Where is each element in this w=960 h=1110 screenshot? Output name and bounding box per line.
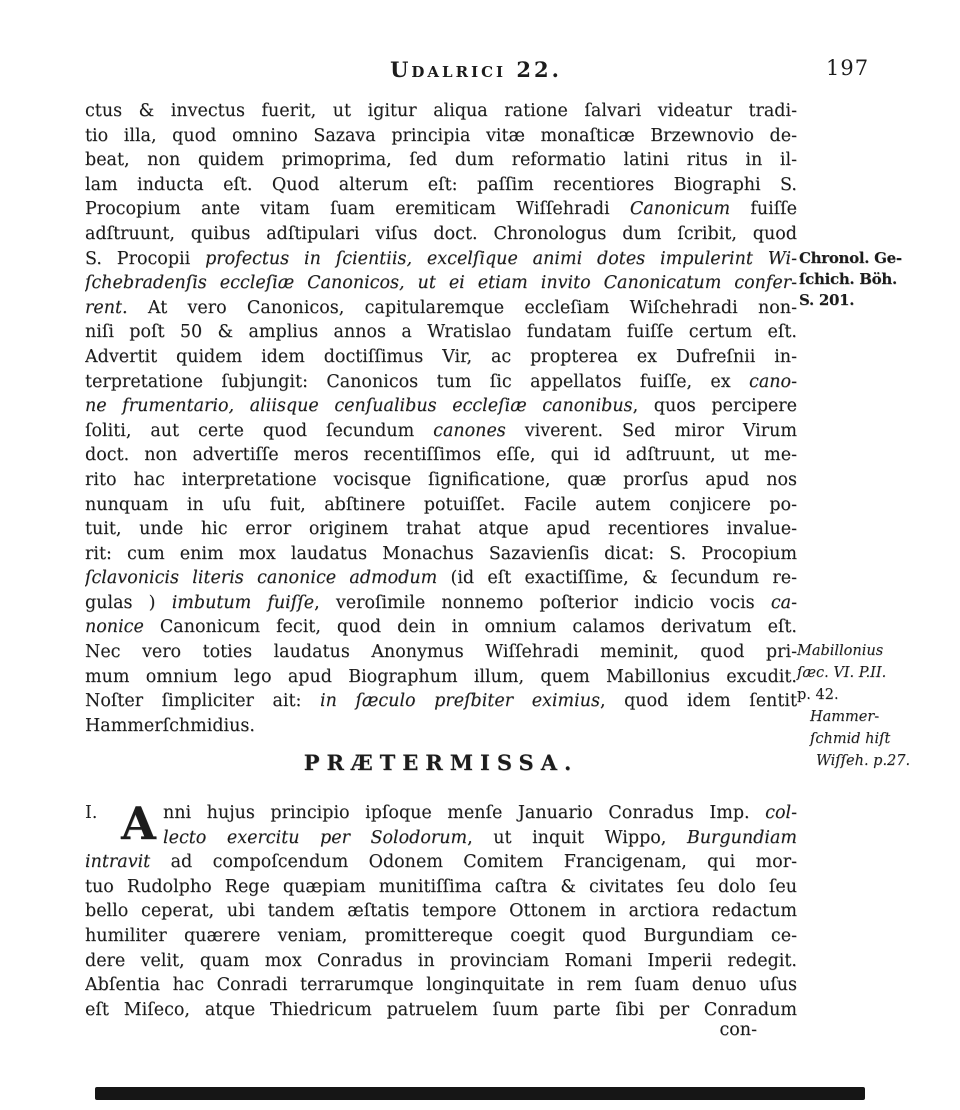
- text-line: ne frumentario, aliisque cenſualibus ecc…: [85, 394, 797, 419]
- margin-note-line: p. 42.: [797, 684, 957, 706]
- text-line: lam inducta eſt. Quod alterum eſt: paſſi…: [85, 173, 797, 198]
- margin-note-line: Chronol. Ge-: [799, 248, 957, 269]
- margin-note-line: ſchmid hiſt: [797, 728, 957, 750]
- scan-artifact-bar: [95, 1087, 865, 1100]
- text-line: Noſter ſimpliciter ait: in ſæculo preſbi…: [85, 689, 797, 714]
- text-line: bello ceperat, ubi tandem æſtatis tempor…: [85, 899, 797, 924]
- margin-note-line: Hammer-: [797, 706, 957, 728]
- text-line: nni hujus principio ipſoque menſe Januar…: [163, 801, 797, 826]
- text-line: ſchebradenſis eccleſiæ Canonicos, ut ei …: [85, 271, 797, 296]
- text-line: intravit ad compoſcendum Odonem Comitem …: [85, 850, 797, 875]
- margin-note-line: Wiſſeh. p.27.: [797, 750, 957, 772]
- text-line: ſoliti, aut certe quod ſecundum canones …: [85, 419, 797, 444]
- margin-note-line: ſchich. Böh.: [799, 269, 957, 290]
- text-line: ctus & invectus fuerit, ut igitur aliqua…: [85, 99, 797, 124]
- text-line: nonice Canonicum fecit, quod dein in omn…: [85, 615, 797, 640]
- margin-note-mabillonius: Mabillonius ſæc. VI. P.II. p. 42. Hammer…: [797, 640, 957, 772]
- text-line: S. Procopii profectus in ſcientiis, exce…: [85, 247, 797, 272]
- margin-note-line: S. 201.: [799, 290, 957, 311]
- text-line: Abſentia hac Conradi terrarumque longinq…: [85, 973, 797, 998]
- drop-cap: A: [121, 801, 163, 847]
- margin-note-line: Mabillonius: [797, 640, 957, 662]
- text-line: humiliter quærere veniam, promittereque …: [85, 924, 797, 949]
- text-line: tuit, unde hic error originem trahat atq…: [85, 517, 797, 542]
- text-line: eſt Miſeco, atque Thiedricum patruelem ſ…: [85, 998, 797, 1023]
- text-line: rito hac interpretatione vocisque ſignif…: [85, 468, 797, 493]
- praetermissa-paragraph: I. A nni hujus principio ipſoque menſe J…: [85, 801, 797, 1022]
- text-line: tio illa, quod omnino Sazava principia v…: [85, 124, 797, 149]
- paragraph-head: I. A nni hujus principio ipſoque menſe J…: [85, 801, 797, 850]
- main-paragraph: ctus & invectus fuerit, ut igitur aliqua…: [85, 99, 797, 738]
- text-line: mum omnium lego apud Biographum illum, q…: [85, 665, 797, 690]
- text-line: rent. At vero Canonicos, capitularemque …: [85, 296, 797, 321]
- running-header: Udalrici 22.: [120, 57, 832, 82]
- text-line: nunquam in uſu fuit, abſtinere potuiſſet…: [85, 493, 797, 518]
- text-line: lecto exercitu per Solodorum, ut inquit …: [163, 826, 797, 851]
- text-line: adſtruunt, quibus adſtipulari viſus doct…: [85, 222, 797, 247]
- book-page-scan: Udalrici 22. 197 ctus & invectus fuerit,…: [0, 0, 960, 1110]
- text-line: beat, non quidem primoprima, ſed dum ref…: [85, 148, 797, 173]
- text-line: Procopium ante vitam ſuam eremiticam Wiſ…: [85, 197, 797, 222]
- page-number: 197: [826, 56, 869, 80]
- paragraph-body-lines: intravit ad compoſcendum Odonem Comitem …: [85, 850, 797, 1022]
- text-line: Advertit quidem idem doctiſſimus Vir, ac…: [85, 345, 797, 370]
- text-line: gulas ) imbutum fuiſſe, veroſimile nonne…: [85, 591, 797, 616]
- margin-note-line: ſæc. VI. P.II.: [797, 662, 957, 684]
- text-line: niſi poſt 50 & amplius annos a Wratislao…: [85, 320, 797, 345]
- paragraph-first-lines: nni hujus principio ipſoque menſe Januar…: [163, 801, 797, 850]
- text-line: doct. non advertiſſe meros recentiſſimos…: [85, 443, 797, 468]
- section-numeral: I.: [85, 801, 121, 826]
- text-line: ſclavonicis literis canonice admodum (id…: [85, 566, 797, 591]
- text-line: rit: cum enim mox laudatus Monachus Saza…: [85, 542, 797, 567]
- text-line: Hammerſchmidius.: [85, 714, 797, 739]
- catchword: con-: [85, 1020, 757, 1040]
- text-line: Nec vero toties laudatus Anonymus Wiſſeh…: [85, 640, 797, 665]
- text-line: terpretatione ſubjungit: Canonicos tum ſ…: [85, 370, 797, 395]
- text-line: tuo Rudolpho Rege quæpiam munitiſſima ca…: [85, 875, 797, 900]
- text-line: dere velit, quam mox Conradus in provinc…: [85, 949, 797, 974]
- margin-note-chronol: Chronol. Ge- ſchich. Böh. S. 201.: [799, 248, 957, 311]
- section-heading: PRÆTERMISSA.: [85, 750, 797, 775]
